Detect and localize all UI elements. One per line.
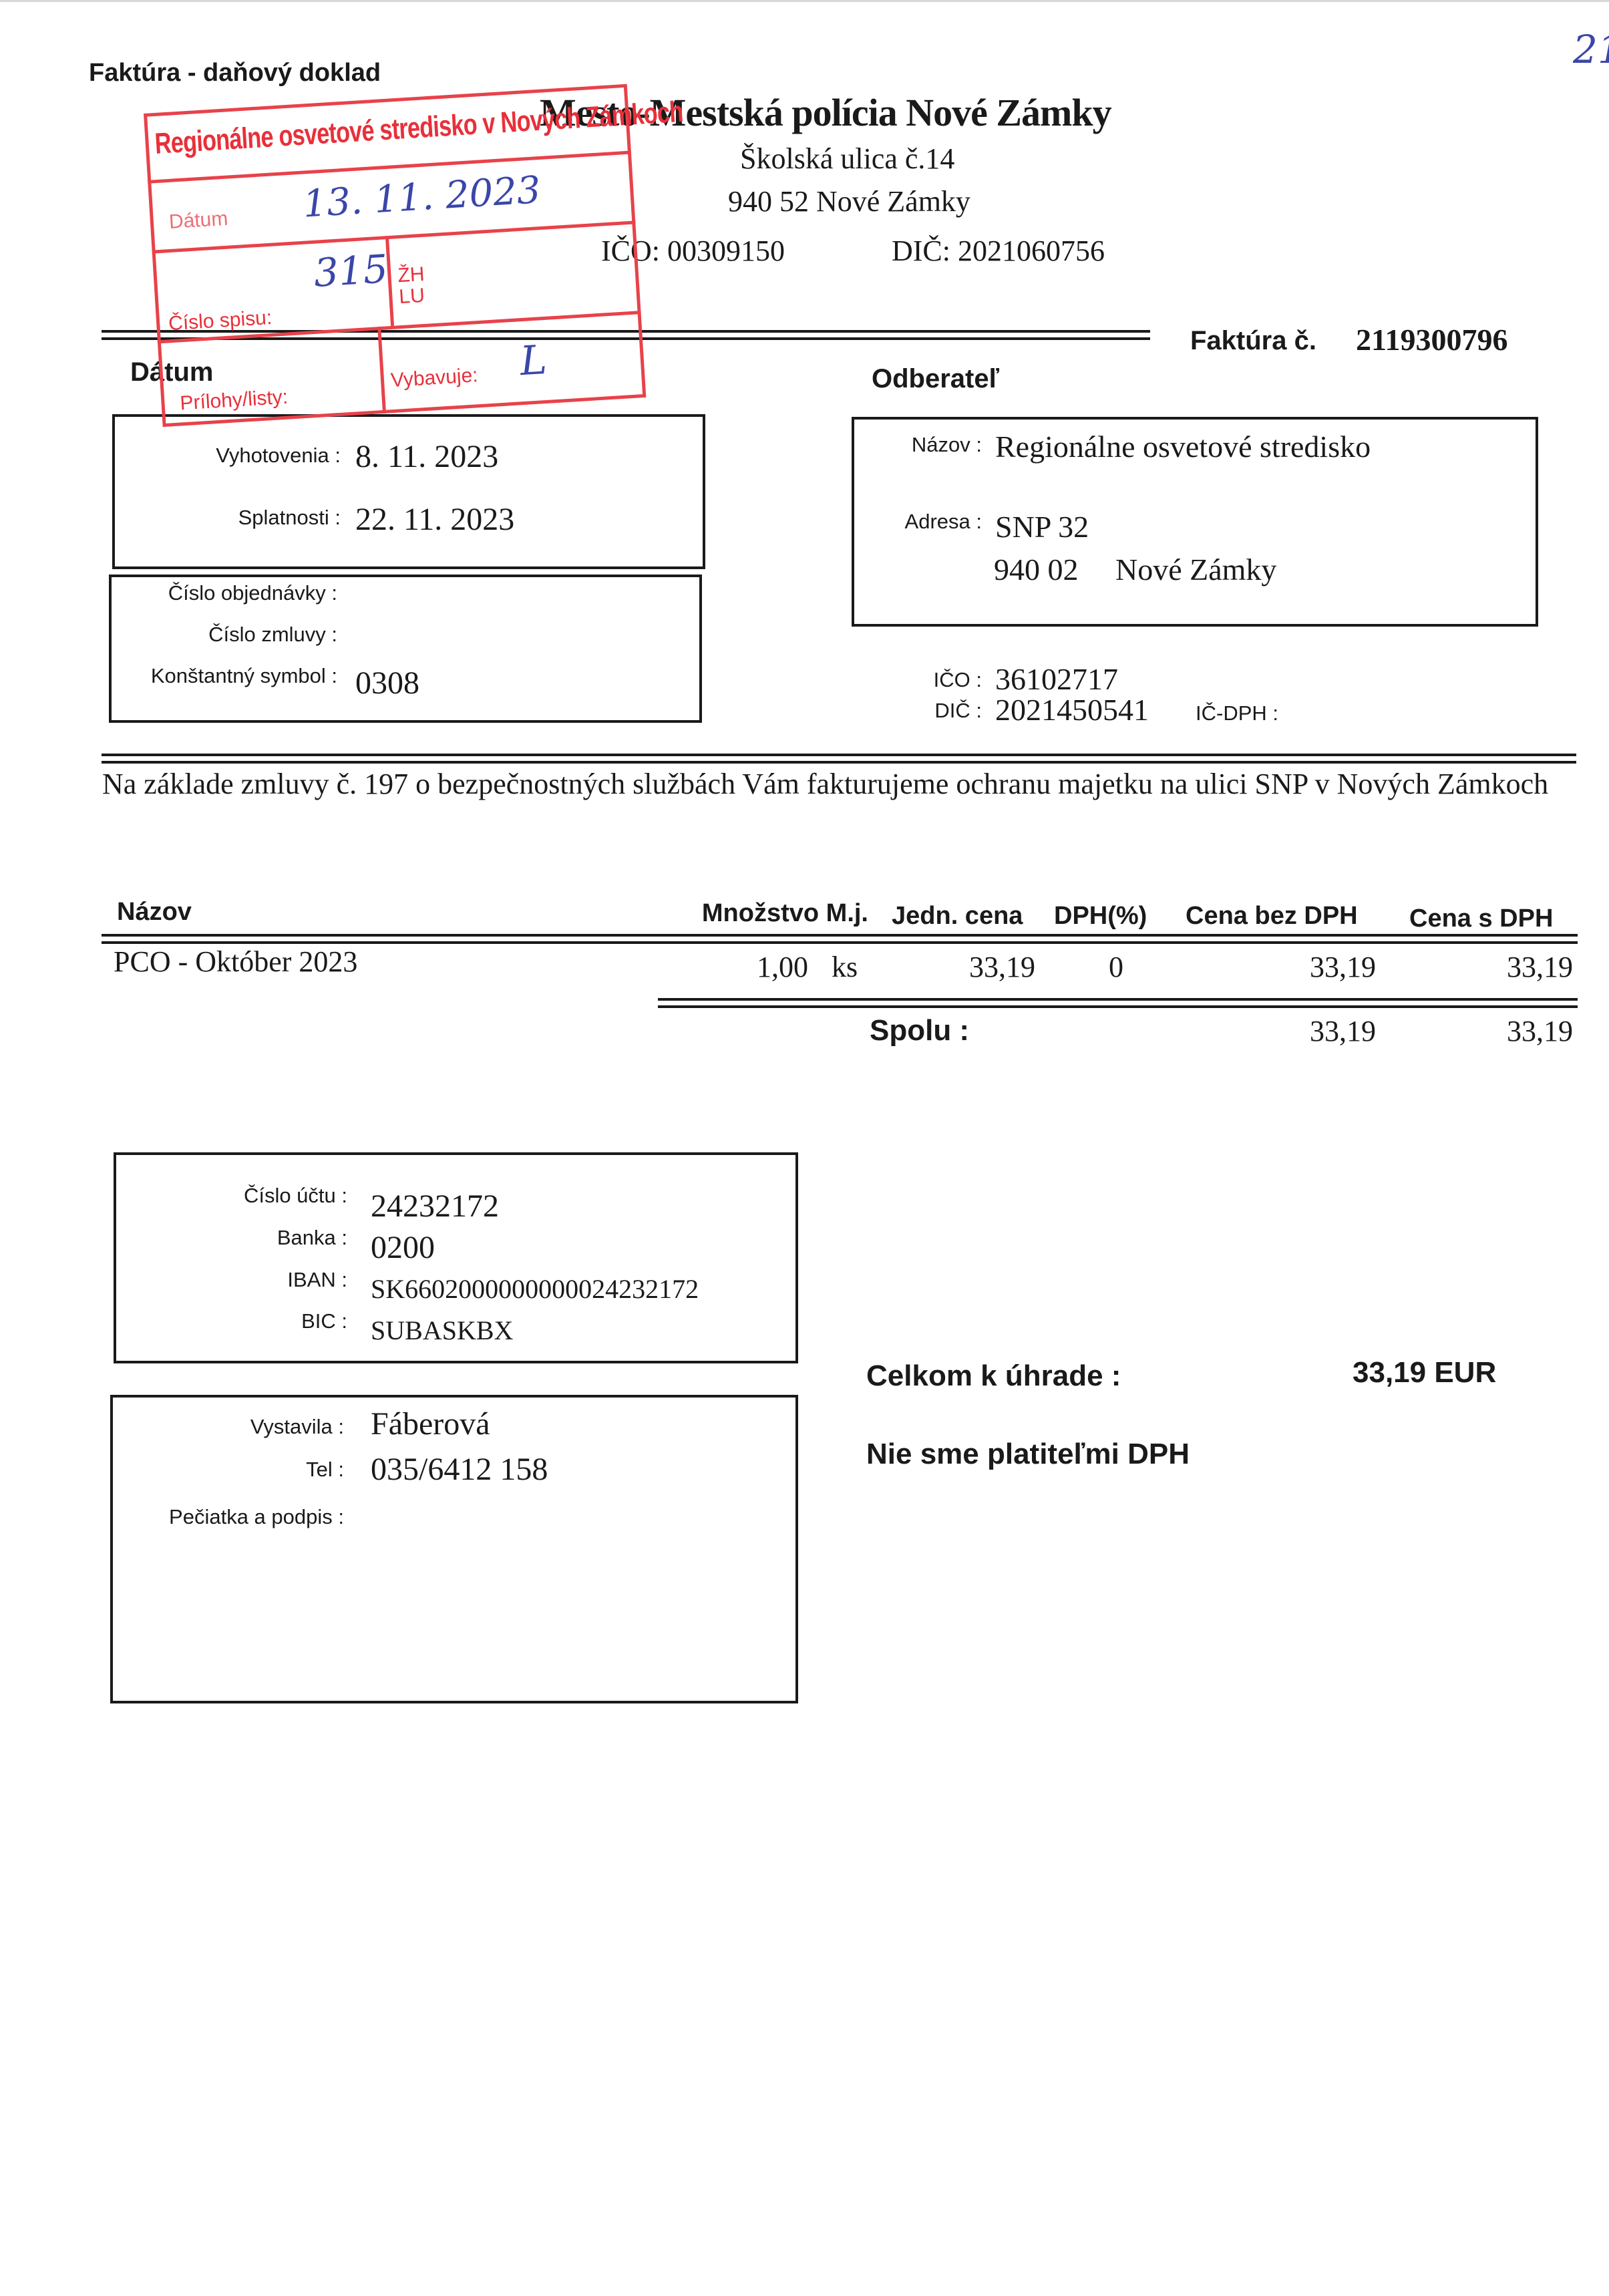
stamp-handler-value: L <box>519 337 548 385</box>
issued-date-label: Vyhotovenia : <box>120 444 341 468</box>
col-header-price-no-vat: Cena bez DPH <box>1186 902 1358 931</box>
iban: SK6602000000000024232172 <box>371 1273 699 1305</box>
col-header-price-with-vat: Cena s DPH <box>1409 905 1553 933</box>
customer-address-label: Adresa : <box>868 510 982 534</box>
item-name: PCO - Október 2023 <box>114 945 357 979</box>
item-unit: ks <box>832 950 858 984</box>
issued-by-label: Vystavila : <box>120 1415 344 1439</box>
customer-street: SNP 32 <box>995 509 1089 544</box>
vat-note: Nie sme platiteľmi DPH <box>866 1438 1190 1471</box>
stamp-date-label: Dátum <box>168 208 228 234</box>
stamp-department: ŽH LU <box>397 264 427 308</box>
receipt-stamp: Regionálne osvetové stredisko v Nových Z… <box>144 84 646 427</box>
invoice-description: Na základe zmluvy č. 197 o bezpečnostnýc… <box>102 765 1592 804</box>
account-number-label: Číslo účtu : <box>120 1184 347 1208</box>
stamp-signature-label: Pečiatka a podpis : <box>120 1505 344 1529</box>
col-header-unit-price: Jedn. cena <box>892 902 1023 931</box>
dates-box <box>112 414 705 569</box>
issued-by: Fáberová <box>371 1406 490 1442</box>
issued-date: 8. 11. 2023 <box>355 438 498 475</box>
customer-name-label: Názov : <box>868 433 982 457</box>
order-number-label: Číslo objednávky : <box>114 581 337 605</box>
customer-section-label: Odberateľ <box>872 364 999 394</box>
customer-dic: 2021450541 <box>995 692 1149 727</box>
invoice-number: 2119300796 <box>1356 322 1507 357</box>
totals-divider <box>658 998 1578 1008</box>
tel-label: Tel : <box>120 1458 344 1482</box>
due-date: 22. 11. 2023 <box>355 501 514 538</box>
item-vat-pct: 0 <box>1109 950 1123 984</box>
account-number: 24232172 <box>371 1188 499 1224</box>
item-unit-price: 33,19 <box>922 950 1035 984</box>
customer-city: Nové Zámky <box>1115 552 1276 587</box>
total-label: Spolu : <box>870 1014 969 1047</box>
col-header-vat-pct: DPH(%) <box>1054 902 1147 931</box>
bic: SUBASKBX <box>371 1315 513 1346</box>
supplier-dic-label: DIČ: <box>892 234 950 267</box>
table-header-divider <box>102 934 1578 944</box>
customer-postal: 940 02 <box>994 552 1079 587</box>
supplier-street: Školská ulica č.14 <box>740 142 954 176</box>
supplier-city: 940 52 Nové Zámky <box>728 184 970 218</box>
item-price-with-vat: 33,19 <box>1453 950 1573 984</box>
supplier-dic-value: 2021060756 <box>958 234 1105 267</box>
item-price-no-vat: 33,19 <box>1256 950 1376 984</box>
iban-label: IBAN : <box>120 1268 347 1292</box>
total-no-vat: 33,19 <box>1256 1014 1376 1048</box>
col-header-qty-unit: Množstvo M.j. <box>675 899 868 928</box>
supplier-ico-value: 00309150 <box>667 234 785 267</box>
customer-name: Regionálne osvetové stredisko <box>995 429 1371 464</box>
total-due-amount: 33,19 EUR <box>1353 1356 1496 1389</box>
contract-number-label: Číslo zmluvy : <box>114 623 337 647</box>
scan-edge-line <box>0 0 1609 2</box>
tel: 035/6412 158 <box>371 1451 548 1488</box>
due-date-label: Splatnosti : <box>120 506 341 530</box>
constant-symbol: 0308 <box>355 665 419 701</box>
description-divider <box>102 754 1576 764</box>
supplier-dic: DIČ: 2021060756 <box>892 234 1105 268</box>
invoice-number-label: Faktúra č. <box>1190 326 1316 356</box>
bank-code-label: Banka : <box>120 1226 347 1250</box>
bank-code: 0200 <box>371 1229 435 1266</box>
customer-ico-label: IČO : <box>868 668 982 692</box>
corner-handwriting: 21 <box>1573 27 1609 72</box>
bic-label: BIC : <box>120 1309 347 1333</box>
item-qty: 1,00 <box>701 950 808 984</box>
customer-dic-label: DIČ : <box>868 699 982 723</box>
total-due-label: Celkom k úhrade : <box>866 1359 1121 1393</box>
total-with-vat: 33,19 <box>1453 1014 1573 1048</box>
stamp-file-value: 315 <box>313 246 389 296</box>
document-type-title: Faktúra - daňový doklad <box>89 59 381 88</box>
col-header-name: Názov <box>117 898 192 927</box>
constant-symbol-label: Konštantný symbol : <box>114 664 337 688</box>
customer-icdph-label: IČ-DPH : <box>1196 701 1289 725</box>
